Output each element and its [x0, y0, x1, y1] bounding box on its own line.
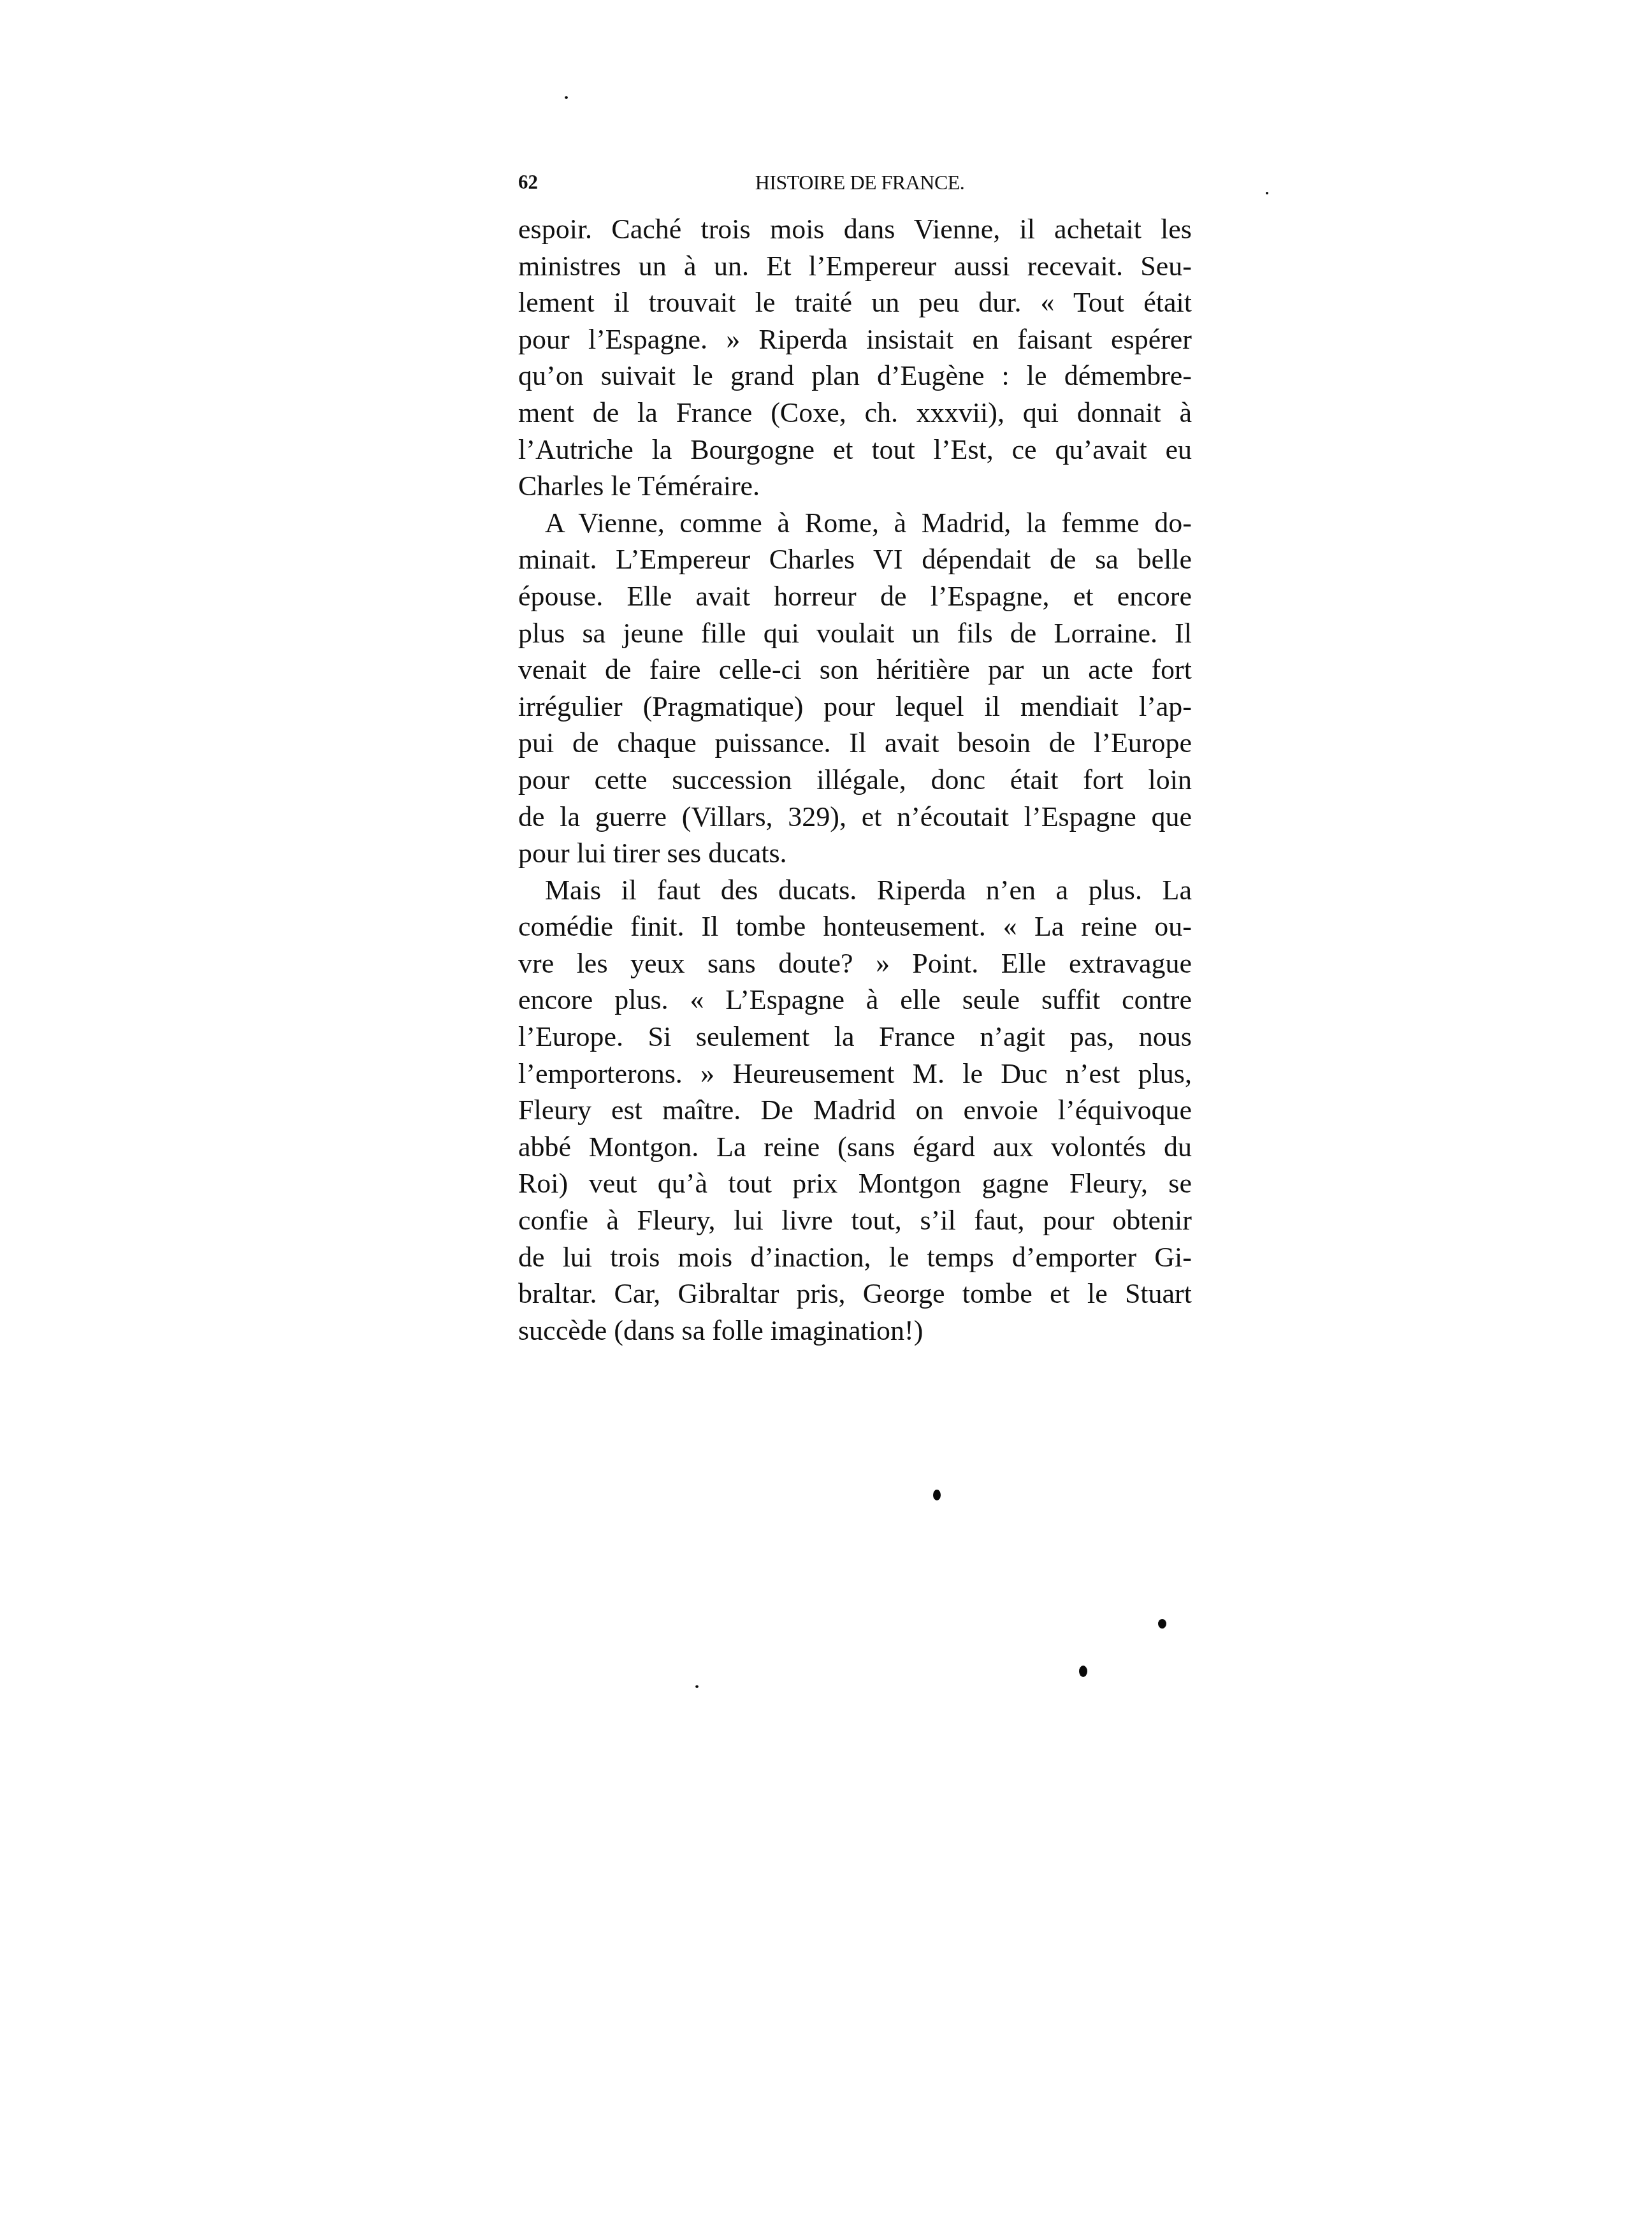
text-line: pour cette succession illégale, donc éta…: [518, 762, 1192, 799]
ink-speck: [695, 1685, 699, 1688]
text-line: braltar. Car, Gibraltar pris, George tom…: [518, 1275, 1192, 1312]
text-line: abbé Montgon. La reine (sans égard aux v…: [518, 1129, 1192, 1166]
body-text: espoir. Caché trois mois dans Vienne, il…: [518, 211, 1192, 1349]
text-line: A Vienne, comme à Rome, à Madrid, la fem…: [518, 505, 1192, 542]
text-line: encore plus. « L’Espagne à elle seule su…: [518, 982, 1192, 1019]
text-line: succède (dans sa folle imagination!): [518, 1312, 1192, 1349]
text-line: irrégulier (Pragmatique) pour lequel il …: [518, 688, 1192, 725]
text-line: comédie finit. Il tombe honteusement. « …: [518, 908, 1192, 945]
paragraph-3: Mais il faut des ducats. Riperda n’en a …: [518, 872, 1192, 1349]
ink-speck: [565, 96, 568, 99]
text-line: venait de faire celle-ci son héritière p…: [518, 651, 1192, 688]
text-line: ment de la France (Coxe, ch. xxxvii), qu…: [518, 395, 1192, 432]
text-line: ministres un à un. Et l’Empereur aussi r…: [518, 248, 1192, 285]
text-line: Mais il faut des ducats. Riperda n’en a …: [518, 872, 1192, 909]
text-line: l’Autriche la Bourgogne et tout l’Est, c…: [518, 432, 1192, 468]
text-line: pour lui tirer ses ducats.: [518, 835, 1192, 872]
text-line: pour l’Espagne. » Riperda insistait en f…: [518, 321, 1192, 358]
text-line: Charles le Téméraire.: [518, 468, 1192, 505]
text-line: l’Europe. Si seulement la France n’agit …: [518, 1019, 1192, 1056]
text-line: l’emporterons. » Heureusement M. le Duc …: [518, 1056, 1192, 1093]
page-number: 62: [518, 170, 538, 195]
running-title: HISTOIRE DE FRANCE.: [735, 170, 985, 195]
book-page: 62 HISTOIRE DE FRANCE. espoir. Caché tro…: [0, 0, 1652, 2236]
text-line: Roi) veut qu’à tout prix Montgon gagne F…: [518, 1165, 1192, 1202]
paragraph-2: A Vienne, comme à Rome, à Madrid, la fem…: [518, 505, 1192, 872]
ink-speck: [933, 1490, 941, 1500]
text-line: plus sa jeune fille qui voulait un fils …: [518, 615, 1192, 652]
running-head: 62 HISTOIRE DE FRANCE.: [518, 170, 1192, 195]
text-line: de lui trois mois d’inaction, le temps d…: [518, 1239, 1192, 1276]
text-line: de la guerre (Villars, 329), et n’écouta…: [518, 799, 1192, 836]
text-line: pui de chaque puissance. Il avait besoin…: [518, 725, 1192, 762]
ink-speck: [1158, 1619, 1166, 1629]
ink-speck: [1079, 1666, 1087, 1677]
ink-speck: [1266, 192, 1268, 194]
text-line: qu’on suivait le grand plan d’Eugène : l…: [518, 358, 1192, 395]
text-line: épouse. Elle avait horreur de l’Espagne,…: [518, 578, 1192, 615]
text-line: espoir. Caché trois mois dans Vienne, il…: [518, 211, 1192, 248]
text-line: confie à Fleury, lui livre tout, s’il fa…: [518, 1202, 1192, 1239]
text-line: vre les yeux sans doute? » Point. Elle e…: [518, 945, 1192, 982]
text-line: lement il trouvait le traité un peu dur.…: [518, 284, 1192, 321]
text-line: minait. L’Empereur Charles VI dépendait …: [518, 541, 1192, 578]
paragraph-1: espoir. Caché trois mois dans Vienne, il…: [518, 211, 1192, 505]
text-line: Fleury est maître. De Madrid on envoie l…: [518, 1092, 1192, 1129]
